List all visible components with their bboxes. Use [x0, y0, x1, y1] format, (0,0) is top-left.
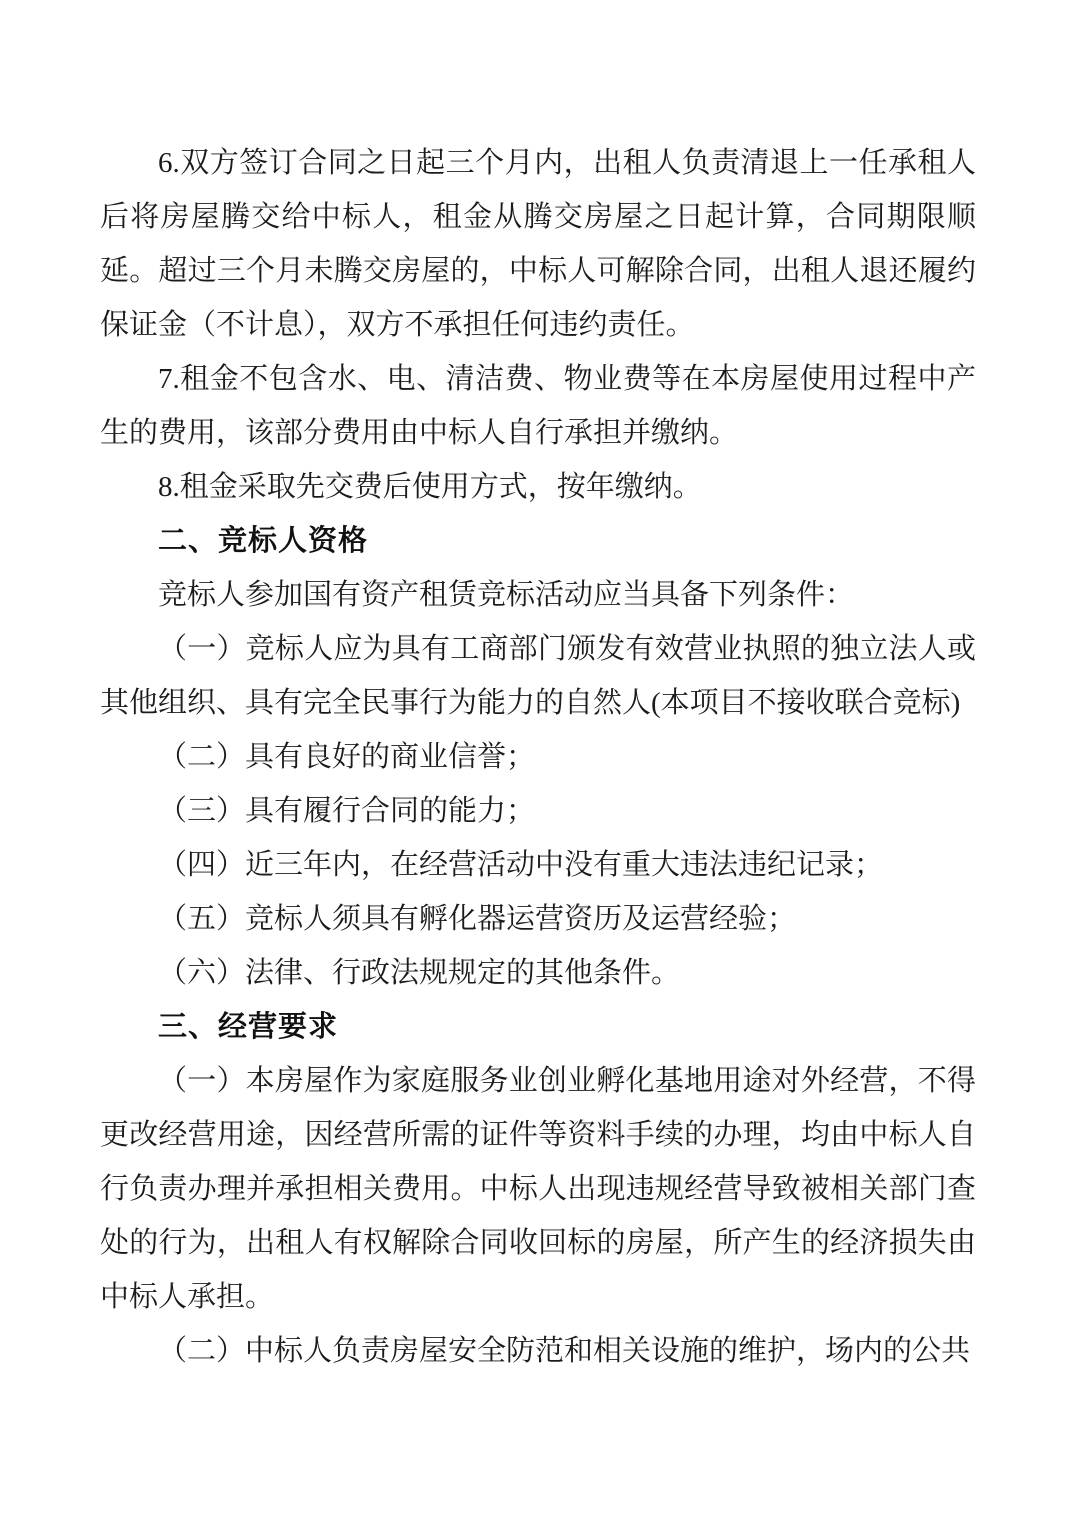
- paragraph: （二）中标人负责房屋安全防范和相关设施的维护，场内的公共: [100, 1324, 976, 1378]
- section-heading: 二、竞标人资格: [100, 514, 976, 568]
- paragraph: （一）本房屋作为家庭服务业创业孵化基地用途对外经营，不得更改经营用途，因经营所需…: [100, 1054, 976, 1324]
- paragraph: 8.租金采取先交费后使用方式，按年缴纳。: [100, 460, 976, 514]
- document-page: 6.双方签订合同之日起三个月内，出租人负责清退上一任承租人后将房屋腾交给中标人，…: [0, 0, 1074, 1520]
- paragraph: （五）竞标人须具有孵化器运营资历及运营经验；: [100, 892, 976, 946]
- paragraph: 6.双方签订合同之日起三个月内，出租人负责清退上一任承租人后将房屋腾交给中标人，…: [100, 136, 976, 352]
- paragraph: （四）近三年内，在经营活动中没有重大违法违纪记录；: [100, 838, 976, 892]
- paragraph: 竞标人参加国有资产租赁竞标活动应当具备下列条件：: [100, 568, 976, 622]
- paragraph: （三）具有履行合同的能力；: [100, 784, 976, 838]
- paragraph: （六）法律、行政法规规定的其他条件。: [100, 946, 976, 1000]
- document-body: 6.双方签订合同之日起三个月内，出租人负责清退上一任承租人后将房屋腾交给中标人，…: [100, 136, 976, 1378]
- paragraph: （二）具有良好的商业信誉；: [100, 730, 976, 784]
- paragraph: 7.租金不包含水、电、清洁费、物业费等在本房屋使用过程中产生的费用，该部分费用由…: [100, 352, 976, 460]
- paragraph: （一）竞标人应为具有工商部门颁发有效营业执照的独立法人或其他组织、具有完全民事行…: [100, 622, 976, 730]
- section-heading: 三、经营要求: [100, 1000, 976, 1054]
